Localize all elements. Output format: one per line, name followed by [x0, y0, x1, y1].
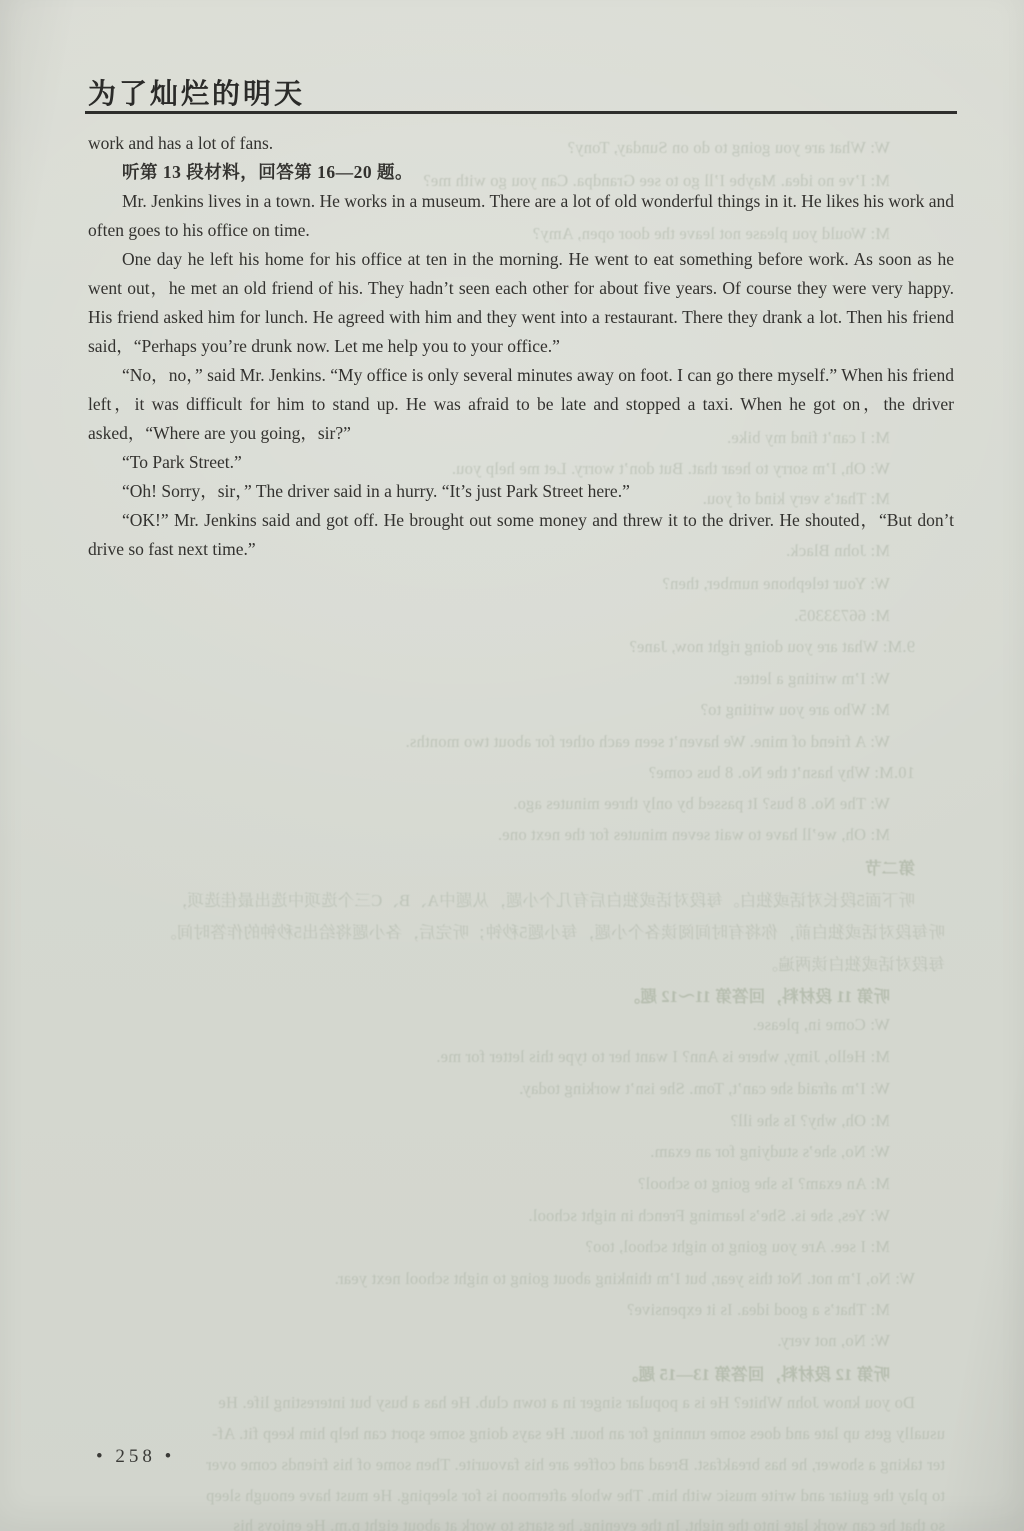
- bleedthrough-line: W: Yes, she is. She’s learning French in…: [528, 1206, 890, 1226]
- scanned-book-page: W: What are you going to do on Sunday, T…: [0, 0, 1024, 1531]
- bleedthrough-line: W: No, not very.: [777, 1331, 890, 1351]
- page-header-title: 为了灿烂的明天: [88, 72, 305, 112]
- bleedthrough-line: ter taking a shower, he has breakfast. B…: [206, 1455, 945, 1475]
- bleedthrough-line: 听第 11 段材料，回答第 11～12 题。: [623, 983, 890, 1007]
- bleedthrough-line: so that he can work late into the night.…: [233, 1516, 945, 1531]
- transcript-paragraph: “Oh! Sorry，sir，” The driver said in a hu…: [88, 477, 954, 506]
- bleedthrough-line: M: Oh, we’ll have to wait seven minutes …: [498, 825, 890, 845]
- bleedthrough-line: 每段对话或独白读两遍。: [761, 951, 945, 975]
- bleedthrough-line: M: I see. Are you going to night school,…: [585, 1237, 890, 1257]
- transcript-paragraph: “No，no，” said Mr. Jenkins. “My office is…: [88, 361, 954, 448]
- bleedthrough-line: W: Your telephone number, then?: [662, 574, 890, 594]
- bleedthrough-line: W: I’m writing a letter.: [733, 669, 890, 689]
- bleedthrough-line: 听第 12 段材料，回答第 13—15 题。: [622, 1361, 890, 1385]
- bleedthrough-line: M: Hello, Jimy, where is Ann? I want her…: [436, 1047, 890, 1067]
- bleedthrough-line: W: I’m afraid she can’t, Tom. She isn’t …: [519, 1079, 890, 1099]
- bleedthrough-line: W: The No. 8 bus? It passed by only thre…: [513, 794, 890, 814]
- bleedthrough-line: W: No, she’s studying for an exam.: [650, 1142, 890, 1162]
- transcript-paragraph: work and has a lot of fans.: [88, 129, 954, 158]
- bleedthrough-line: M: 66733305.: [794, 606, 890, 626]
- header-rule: [85, 111, 957, 114]
- page-number: • 258 •: [96, 1446, 175, 1468]
- bleedthrough-line: 听每段对话或独白前，你将有时间阅读各个小题，每小题5秒钟；听完后，各小题将给出5…: [160, 919, 945, 943]
- bleedthrough-line: 第二节: [865, 855, 915, 879]
- bleedthrough-line: 10.M: Why hasn’t the No. 8 bus come?: [649, 763, 915, 783]
- transcript-section-heading: 听第 13 段材料，回答第 16—20 题。: [88, 158, 954, 187]
- transcript-paragraph: “OK!” Mr. Jenkins said and got off. He b…: [88, 506, 954, 564]
- bleedthrough-line: M: Oh, why? Is she ill?: [731, 1111, 891, 1131]
- bleedthrough-line: W: No, I’m not. Not this year, but I’m t…: [334, 1269, 915, 1289]
- bleedthrough-line: M: An exam? Is she going to school?: [638, 1174, 890, 1194]
- transcript-paragraph: One day he left his home for his office …: [88, 245, 954, 361]
- bleedthrough-line: W: A friend of mine. We haven’t seen eac…: [405, 732, 890, 752]
- bleedthrough-line: M: That’s a good idea. Is it expensive?: [627, 1300, 890, 1320]
- bleedthrough-line: 9.M: What are you doing right now, Jane?: [629, 637, 915, 657]
- listening-transcript: work and has a lot of fans. 听第 13 段材料，回答…: [88, 129, 954, 564]
- transcript-paragraph: Mr. Jenkins lives in a town. He works in…: [88, 187, 954, 245]
- bleedthrough-line: W: Come in, please.: [753, 1015, 890, 1035]
- bleedthrough-line: Do you know John White? He is a popular …: [218, 1393, 915, 1413]
- bleedthrough-line: M: Who are you writing to?: [700, 700, 890, 720]
- bleedthrough-line: to play the guitar and write music with …: [206, 1486, 945, 1506]
- bleedthrough-line: 听下面5段长对话或独白。每段对话或独白后有几个小题，从题中A、B、C三个选项中选…: [171, 887, 915, 911]
- transcript-paragraph: “To Park Street.”: [88, 448, 954, 477]
- bleedthrough-line: usually gets up late and does some runni…: [212, 1424, 945, 1444]
